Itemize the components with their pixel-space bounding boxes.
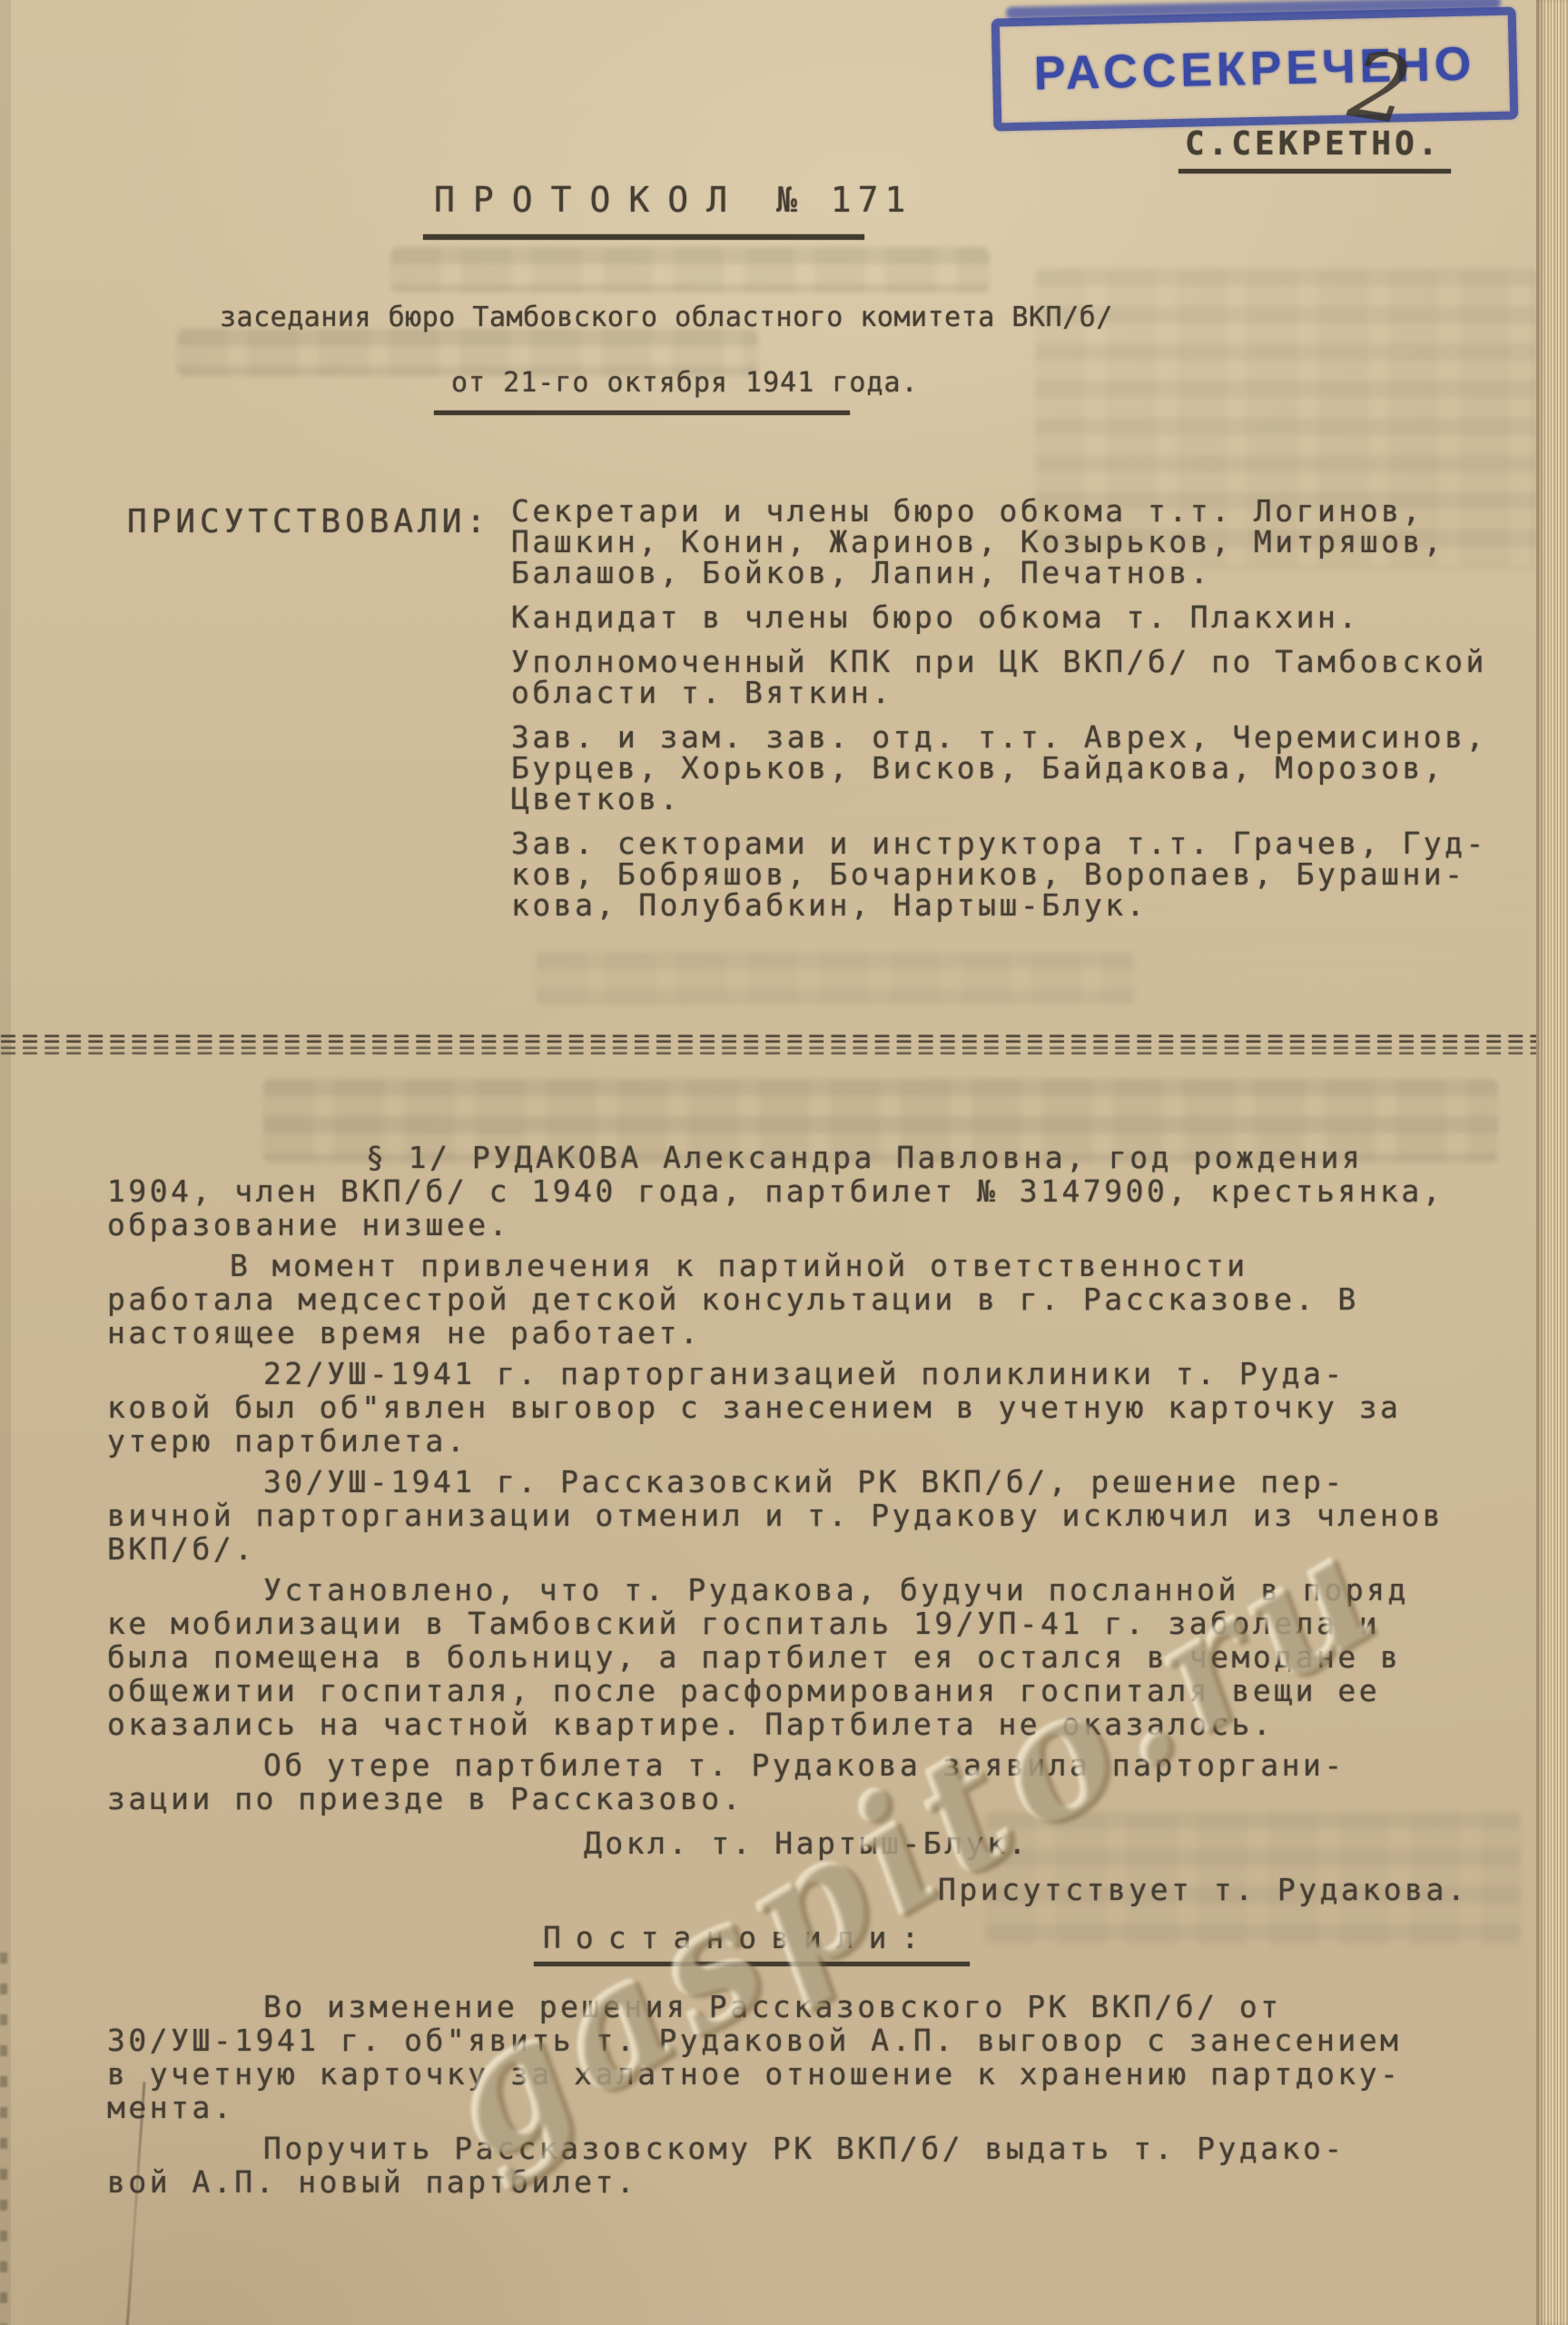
left-edge-specks [0,1953,7,2325]
attendee-group: Зав. секторами и инструктора т.т. Грачев… [511,828,1555,921]
attendee-group: Зав. и зам. зав. отд. т.т. Аврех, Череми… [511,722,1555,815]
resolution-paragraph: Во изменение решения Рассказовского РК В… [107,1990,1555,2124]
attendees-list: Секретари и члены бюро обкома т.т. Логин… [511,496,1555,935]
body-paragraph: 22/УШ-1941 г. парторганизацией поликлини… [107,1357,1555,1458]
doc-title-number: № 171 [776,180,912,220]
doc-title: ПРОТОКОЛ№ 171 [434,180,912,220]
classification-label: С.СЕКРЕТНО. [1185,125,1441,163]
subtitle-underline [434,411,850,415]
resolution-paragraph: Поручить Рассказовскому РК ВКП/б/ выдать… [107,2132,1555,2199]
attendee-group: Секретари и члены бюро обкома т.т. Логин… [511,496,1555,589]
classification-underline [1178,169,1451,173]
declassified-stamp: РАССЕКРЕЧЕНО [991,6,1519,131]
bleed-through [390,247,990,292]
attendee-group: Кандидат в члены бюро обкома т. Плакхин. [511,602,1555,633]
page-stack-edge [1536,0,1568,2325]
typed-divider: ========================================… [0,1034,1568,1066]
body-paragraph: § 1/ РУДАКОВА Александра Павловна, год р… [107,1141,1555,1242]
subtitle-line2: от 21-го октября 1941 года. [451,367,919,399]
title-underline [423,234,864,240]
attendee-group: Уполномоченный КПК при ЦК ВКП/б/ по Тамб… [511,647,1555,708]
body-paragraph: В момент привлечения к партийной ответст… [107,1249,1555,1350]
doc-title-word: ПРОТОКОЛ [434,180,745,220]
attendees-label: ПРИСУТСТВОВАЛИ: [127,503,490,540]
scanned-document-page: РАССЕКРЕЧЕНО 2 С.СЕКРЕТНО. ПРОТОКОЛ№ 171… [0,0,1568,2325]
subtitle-line1: заседания бюро Тамбовского областного ко… [220,302,1113,333]
bleed-through [536,952,1135,1004]
